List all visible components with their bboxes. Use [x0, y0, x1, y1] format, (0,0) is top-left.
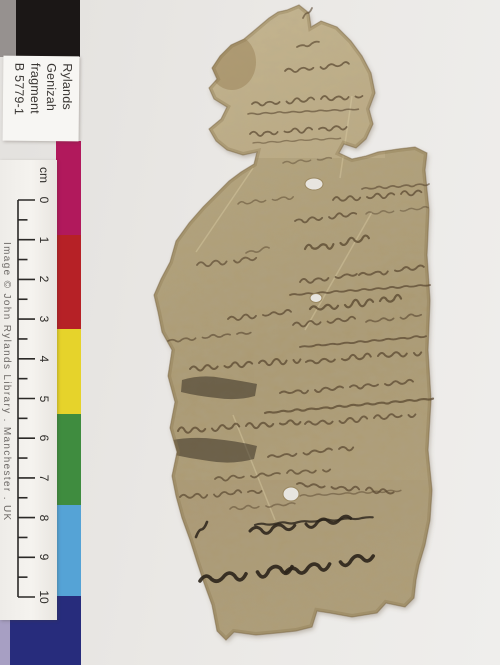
ruler-number: 10	[36, 586, 52, 608]
label-text: RylandsGenizahfragmentB 5779-1	[3, 56, 80, 142]
ruler-number: 3	[36, 308, 52, 330]
ruler-number: 1	[36, 229, 52, 251]
label-line: Rylands	[58, 63, 75, 141]
label-line: fragment	[26, 63, 43, 141]
ruler-number: 0	[36, 189, 52, 211]
copyright-text: Image © John Rylands Library . Mancheste…	[0, 242, 12, 552]
ruler-number: 7	[36, 467, 52, 489]
ruler-number: 6	[36, 427, 52, 449]
ruler-number: 4	[36, 348, 52, 370]
copyright-strip: Image © John Rylands Library . Mancheste…	[0, 242, 12, 552]
ruler-number: 5	[36, 388, 52, 410]
photo-stage: cm 012345678910 RylandsGenizahfragmentB …	[0, 0, 500, 665]
label-line: B 5779-1	[10, 63, 27, 141]
label-line: Genizah	[42, 63, 59, 141]
ruler-number: 2	[36, 268, 52, 290]
identification-label: RylandsGenizahfragmentB 5779-1	[3, 56, 80, 142]
ruler-number: 9	[36, 546, 52, 568]
ruler-unit-label: cm	[36, 164, 52, 186]
ruler-number: 8	[36, 507, 52, 529]
